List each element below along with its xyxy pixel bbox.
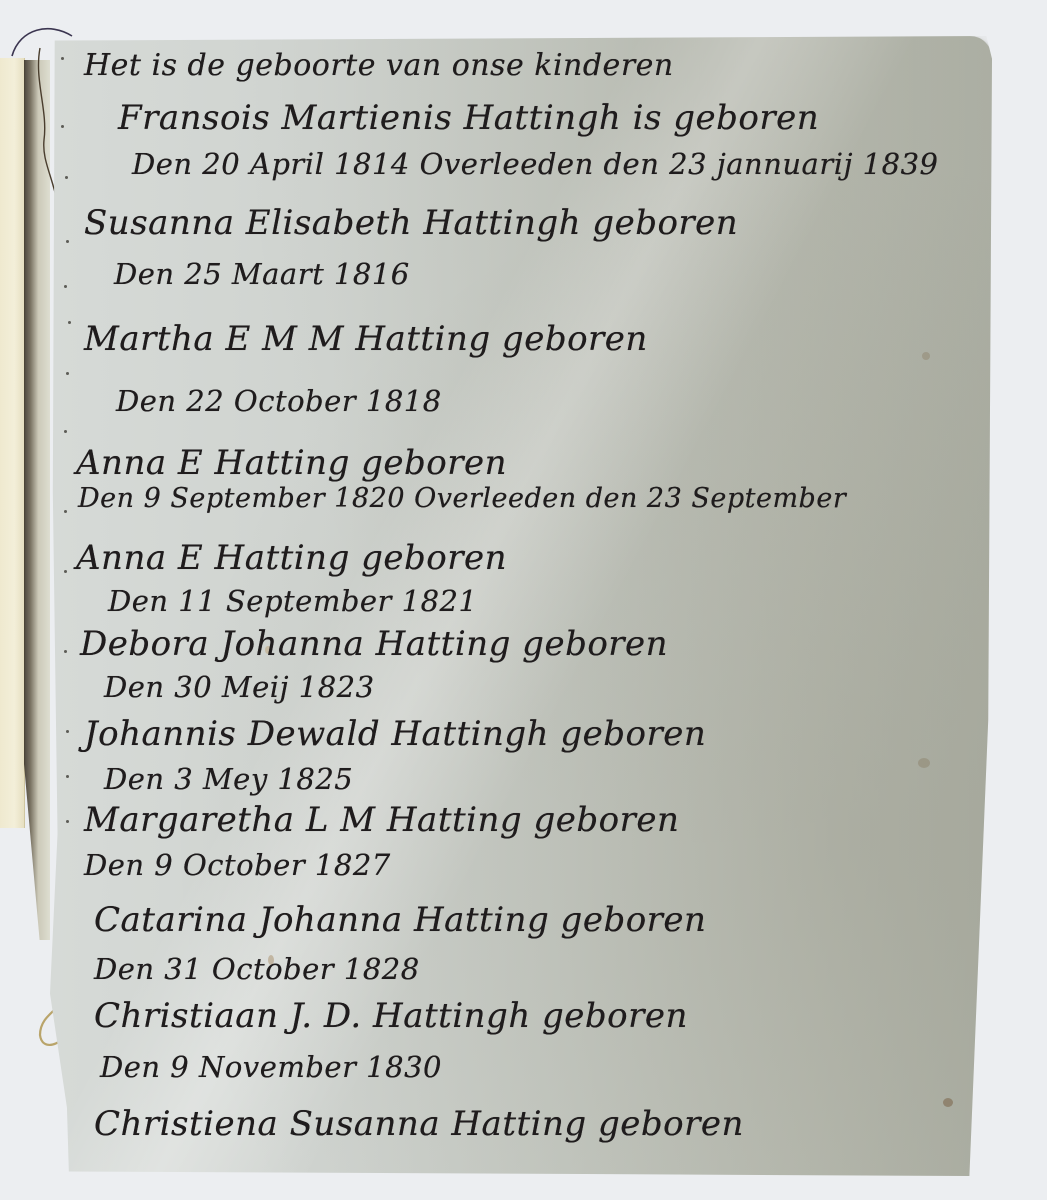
entry-date-line: Den 22 October 1818 <box>116 384 442 418</box>
child-name: Johannis Dewald Hattingh geboren <box>84 714 706 754</box>
entry-name-line: Christiaan J. D. Hattingh geboren <box>94 996 688 1036</box>
child-name: Christiaan J. D. Hattingh geboren <box>94 996 688 1036</box>
birth-date: Den 25 Maart 1816 <box>114 257 410 291</box>
entry-date-line: Den 9 October 1827 <box>84 848 391 882</box>
entry-name-line: Johannis Dewald Hattingh geboren <box>84 714 706 754</box>
birth-date: Den 3 Mey 1825 <box>104 762 353 796</box>
entry-name-line: Catarina Johanna Hatting geboren <box>94 900 706 940</box>
register-heading: Het is de geboorte van onse kinderen <box>84 48 674 83</box>
child-name: Anna E Hatting geboren <box>76 443 507 483</box>
birth-date: Den 11 September 1821 <box>108 584 477 618</box>
child-name: Debora Johanna Hatting geboren <box>80 624 668 664</box>
entry-date-line: Den 3 Mey 1825 <box>104 762 353 796</box>
child-name: Anna E Hatting geboren <box>76 538 507 578</box>
child-name: Fransois Martienis Hattingh is geboren <box>118 98 819 138</box>
document-scan: Het is de geboorte van onse kinderen Fra… <box>0 0 1047 1200</box>
entry-name-line: Anna E Hatting geboren <box>76 443 507 483</box>
child-name: Christiena Susanna Hatting geboren <box>94 1104 744 1144</box>
birth-date: Den 30 Meij 1823 <box>104 670 375 704</box>
entry-name-line: Martha E M M Hatting geboren <box>84 319 648 359</box>
entry-date-line: Den 9 November 1830 <box>100 1050 442 1084</box>
entry-date-line: Den 11 September 1821 <box>108 584 477 618</box>
handwritten-register: Het is de geboorte van onse kinderen Fra… <box>0 0 1047 1200</box>
entry-name-line: Susanna Elisabeth Hattingh geboren <box>84 203 738 243</box>
entry-name-line: Margaretha L M Hatting geboren <box>84 800 679 840</box>
entry-date-line: Den 9 September 1820 Overleeden den 23 S… <box>78 483 846 514</box>
entry-date-line: Den 30 Meij 1823 <box>104 670 375 704</box>
child-name: Catarina Johanna Hatting geboren <box>94 900 706 940</box>
entry-name-line: Fransois Martienis Hattingh is geboren <box>118 98 819 138</box>
entry-date-line: Den 25 Maart 1816 <box>114 257 410 291</box>
entry-name-line: Anna E Hatting geboren <box>76 538 507 578</box>
birth-date: Den 31 October 1828 <box>94 952 420 986</box>
entry-name-line: Debora Johanna Hatting geboren <box>80 624 668 664</box>
birth-date: Den 9 November 1830 <box>100 1050 442 1084</box>
entry-name-line: Christiena Susanna Hatting geboren <box>94 1104 744 1144</box>
birth-date: Den 22 October 1818 <box>116 384 442 418</box>
heading-text: Het is de geboorte van onse kinderen <box>84 48 674 83</box>
birth-death-date: Den 9 September 1820 Overleeden den 23 S… <box>78 483 846 514</box>
child-name: Martha E M M Hatting geboren <box>84 319 648 359</box>
birth-death-date: Den 20 April 1814 Overleeden den 23 jann… <box>132 147 939 181</box>
entry-date-line: Den 31 October 1828 <box>94 952 420 986</box>
birth-date: Den 9 October 1827 <box>84 848 391 882</box>
child-name: Susanna Elisabeth Hattingh geboren <box>84 203 738 243</box>
entry-date-line: Den 20 April 1814 Overleeden den 23 jann… <box>132 147 939 181</box>
child-name: Margaretha L M Hatting geboren <box>84 800 679 840</box>
